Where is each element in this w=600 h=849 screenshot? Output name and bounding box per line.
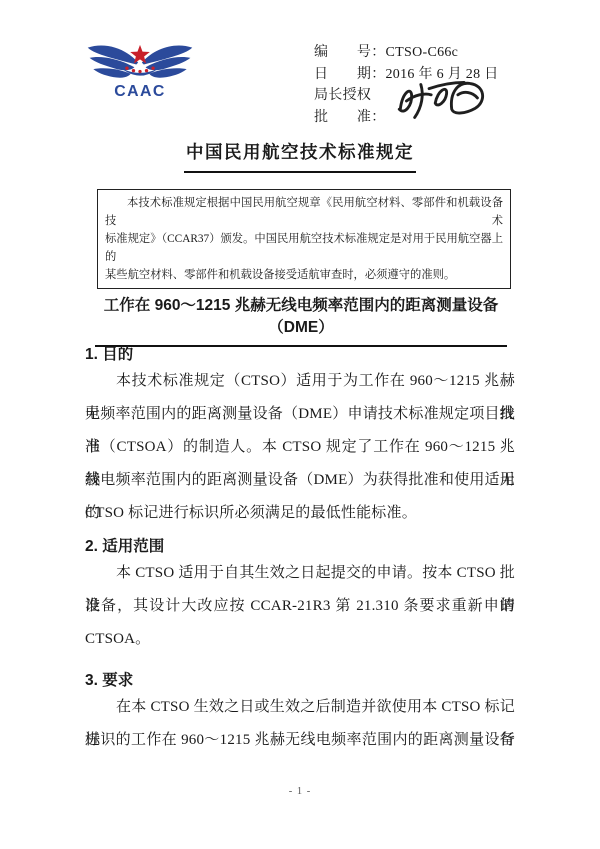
body-line: 本 CTSO 适用于自其生效之日起提交的申请。按本 CTSO 批准的 <box>85 557 515 590</box>
notice-line: 某些航空材料、零部件和机载设备接受适航审查时，必须遵守的准则。 <box>105 266 503 284</box>
caac-emblem-icon: CAAC <box>84 38 196 104</box>
number-label: 编 号： <box>314 45 386 60</box>
approval-signature-icon <box>390 74 498 128</box>
caac-logo: CAAC <box>84 38 196 104</box>
title-row: 中国民用航空技术标准规定 <box>0 139 600 173</box>
body-line: CTSOA。 <box>85 623 515 656</box>
body-line: 在本 CTSO 生效之日或生效之后制造并欲使用本 CTSO 标记进行 <box>85 691 515 724</box>
paragraph-requirements: 在本 CTSO 生效之日或生效之后制造并欲使用本 CTSO 标记进行 标识的工作… <box>85 691 515 757</box>
body-line: CTSO 标记进行标识所必须满足的最低性能标准。 <box>85 497 515 530</box>
authorization-label: 局长授权 <box>314 88 371 103</box>
notice-line: 本技术标准规定根据中国民用航空规章《民用航空材料、零部件和机载设备技术 <box>105 194 503 230</box>
body-line: 标识的工作在 960～1215 兆赫无线电频率范围内的距离测量设备 <box>85 724 515 757</box>
approval-label: 批 准： <box>314 110 386 125</box>
body-line: 书（CTSOA）的制造人。本 CTSO 规定了工作在 960～1215 兆赫无 <box>85 431 515 464</box>
notice-box: 本技术标准规定根据中国民用航空规章《民用航空材料、零部件和机载设备技术 标准规定… <box>97 189 511 289</box>
body-line: 本技术标准规定（CTSO）适用于为工作在 960～1215 兆赫无线 <box>85 365 515 398</box>
page-number: - 1 - <box>0 786 600 797</box>
notice-line: 标准规定》（CCAR37）颁发。中国民用航空技术标准规定是对用于民用航空器上的 <box>105 230 503 266</box>
paragraph-scope: 本 CTSO 适用于自其生效之日起提交的申请。按本 CTSO 批准的 设备，其设… <box>85 557 515 656</box>
document-title: 中国民用航空技术标准规定 <box>184 139 416 173</box>
document-page: CAAC 编 号：CTSO-C66c 日 期：2016 年 6 月 28 日 局… <box>0 0 600 849</box>
section-heading-scope: 2. 适用范围 <box>85 537 515 557</box>
document-body: 1. 目的 本技术标准规定（CTSO）适用于为工作在 960～1215 兆赫无线… <box>85 339 515 757</box>
date-label: 日 期： <box>314 67 386 82</box>
number-value: CTSO-C66c <box>386 45 459 60</box>
body-line: 线电频率范围内的距离测量设备（DME）为获得批准和使用适用的 <box>85 464 515 497</box>
body-line: 电频率范围内的距离测量设备（DME）申请技术标准规定项目批准 <box>85 398 515 431</box>
section-heading-requirements: 3. 要求 <box>85 671 515 691</box>
field-number: 编 号：CTSO-C66c <box>314 42 524 64</box>
body-line: 设备，其设计大改应按 CCAR-21R3 第 21.310 条要求重新申请 <box>85 590 515 623</box>
section-heading-purpose: 1. 目的 <box>85 345 515 365</box>
caac-logo-text: CAAC <box>114 83 165 100</box>
paragraph-purpose: 本技术标准规定（CTSO）适用于为工作在 960～1215 兆赫无线 电频率范围… <box>85 365 515 530</box>
